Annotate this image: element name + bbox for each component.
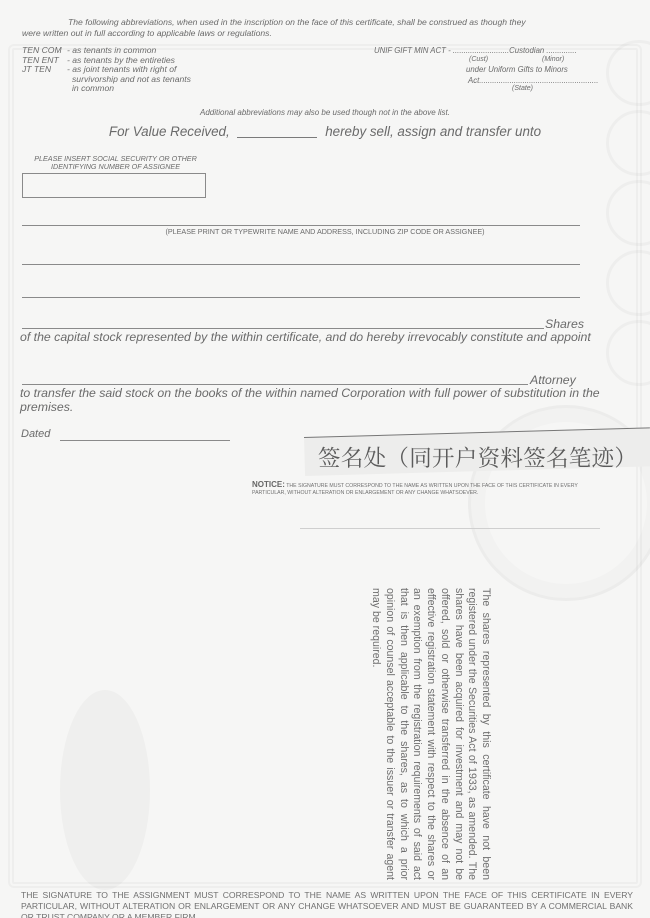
restrictive-legend-block: The shares represented by this certifica… — [356, 588, 492, 880]
for-value-received: For Value Received, hereby sell, assign … — [0, 124, 650, 139]
assignee-name-line[interactable] — [22, 225, 580, 226]
restrictive-legend: The shares represented by this certifica… — [369, 588, 492, 880]
transfer-text: to transfer the said stock on the books … — [20, 386, 630, 414]
guarantee-footer: THE SIGNATURE TO THE ASSIGNMENT MUST COR… — [21, 890, 633, 918]
attorney-name-line[interactable] — [22, 384, 528, 385]
shares-label: Shares — [545, 317, 584, 331]
shares-quantity-line[interactable] — [22, 328, 544, 329]
abbreviations-intro: The following abbreviations, when used i… — [22, 17, 582, 39]
assignor-blank[interactable] — [237, 137, 317, 138]
additional-abbreviations-note: Additional abbreviations may also be use… — [0, 108, 650, 117]
ssn-label: PLEASE INSERT SOCIAL SECURITY OR OTHER I… — [28, 155, 203, 171]
capital-stock-text: of the capital stock represented by the … — [20, 330, 591, 344]
signature-line[interactable] — [300, 528, 600, 529]
ssn-input-box[interactable] — [22, 173, 206, 198]
signature-label-chinese: 签名处（同开户资料签名笔迹） — [318, 441, 637, 473]
vignette-watermark — [60, 690, 150, 890]
certificate-page: ​ The following abbreviations, when used… — [0, 0, 650, 918]
assignee-address-line-2[interactable] — [22, 297, 580, 298]
assignee-name-label: (PLEASE PRINT OR TYPEWRITE NAME AND ADDR… — [0, 227, 650, 236]
attorney-label: Attorney — [530, 373, 576, 387]
abbreviations-list: TEN COM - as tenants in common TEN ENT -… — [22, 46, 191, 94]
signature-notice: NOTICE: THE SIGNATURE MUST CORRESPOND TO… — [252, 481, 597, 497]
date-line[interactable] — [60, 440, 230, 441]
assignee-address-line-1[interactable] — [22, 264, 580, 265]
dated-label: Dated — [21, 428, 50, 440]
unif-gift-min-act: UNIF GIFT MIN ACT - ....................… — [374, 46, 594, 95]
